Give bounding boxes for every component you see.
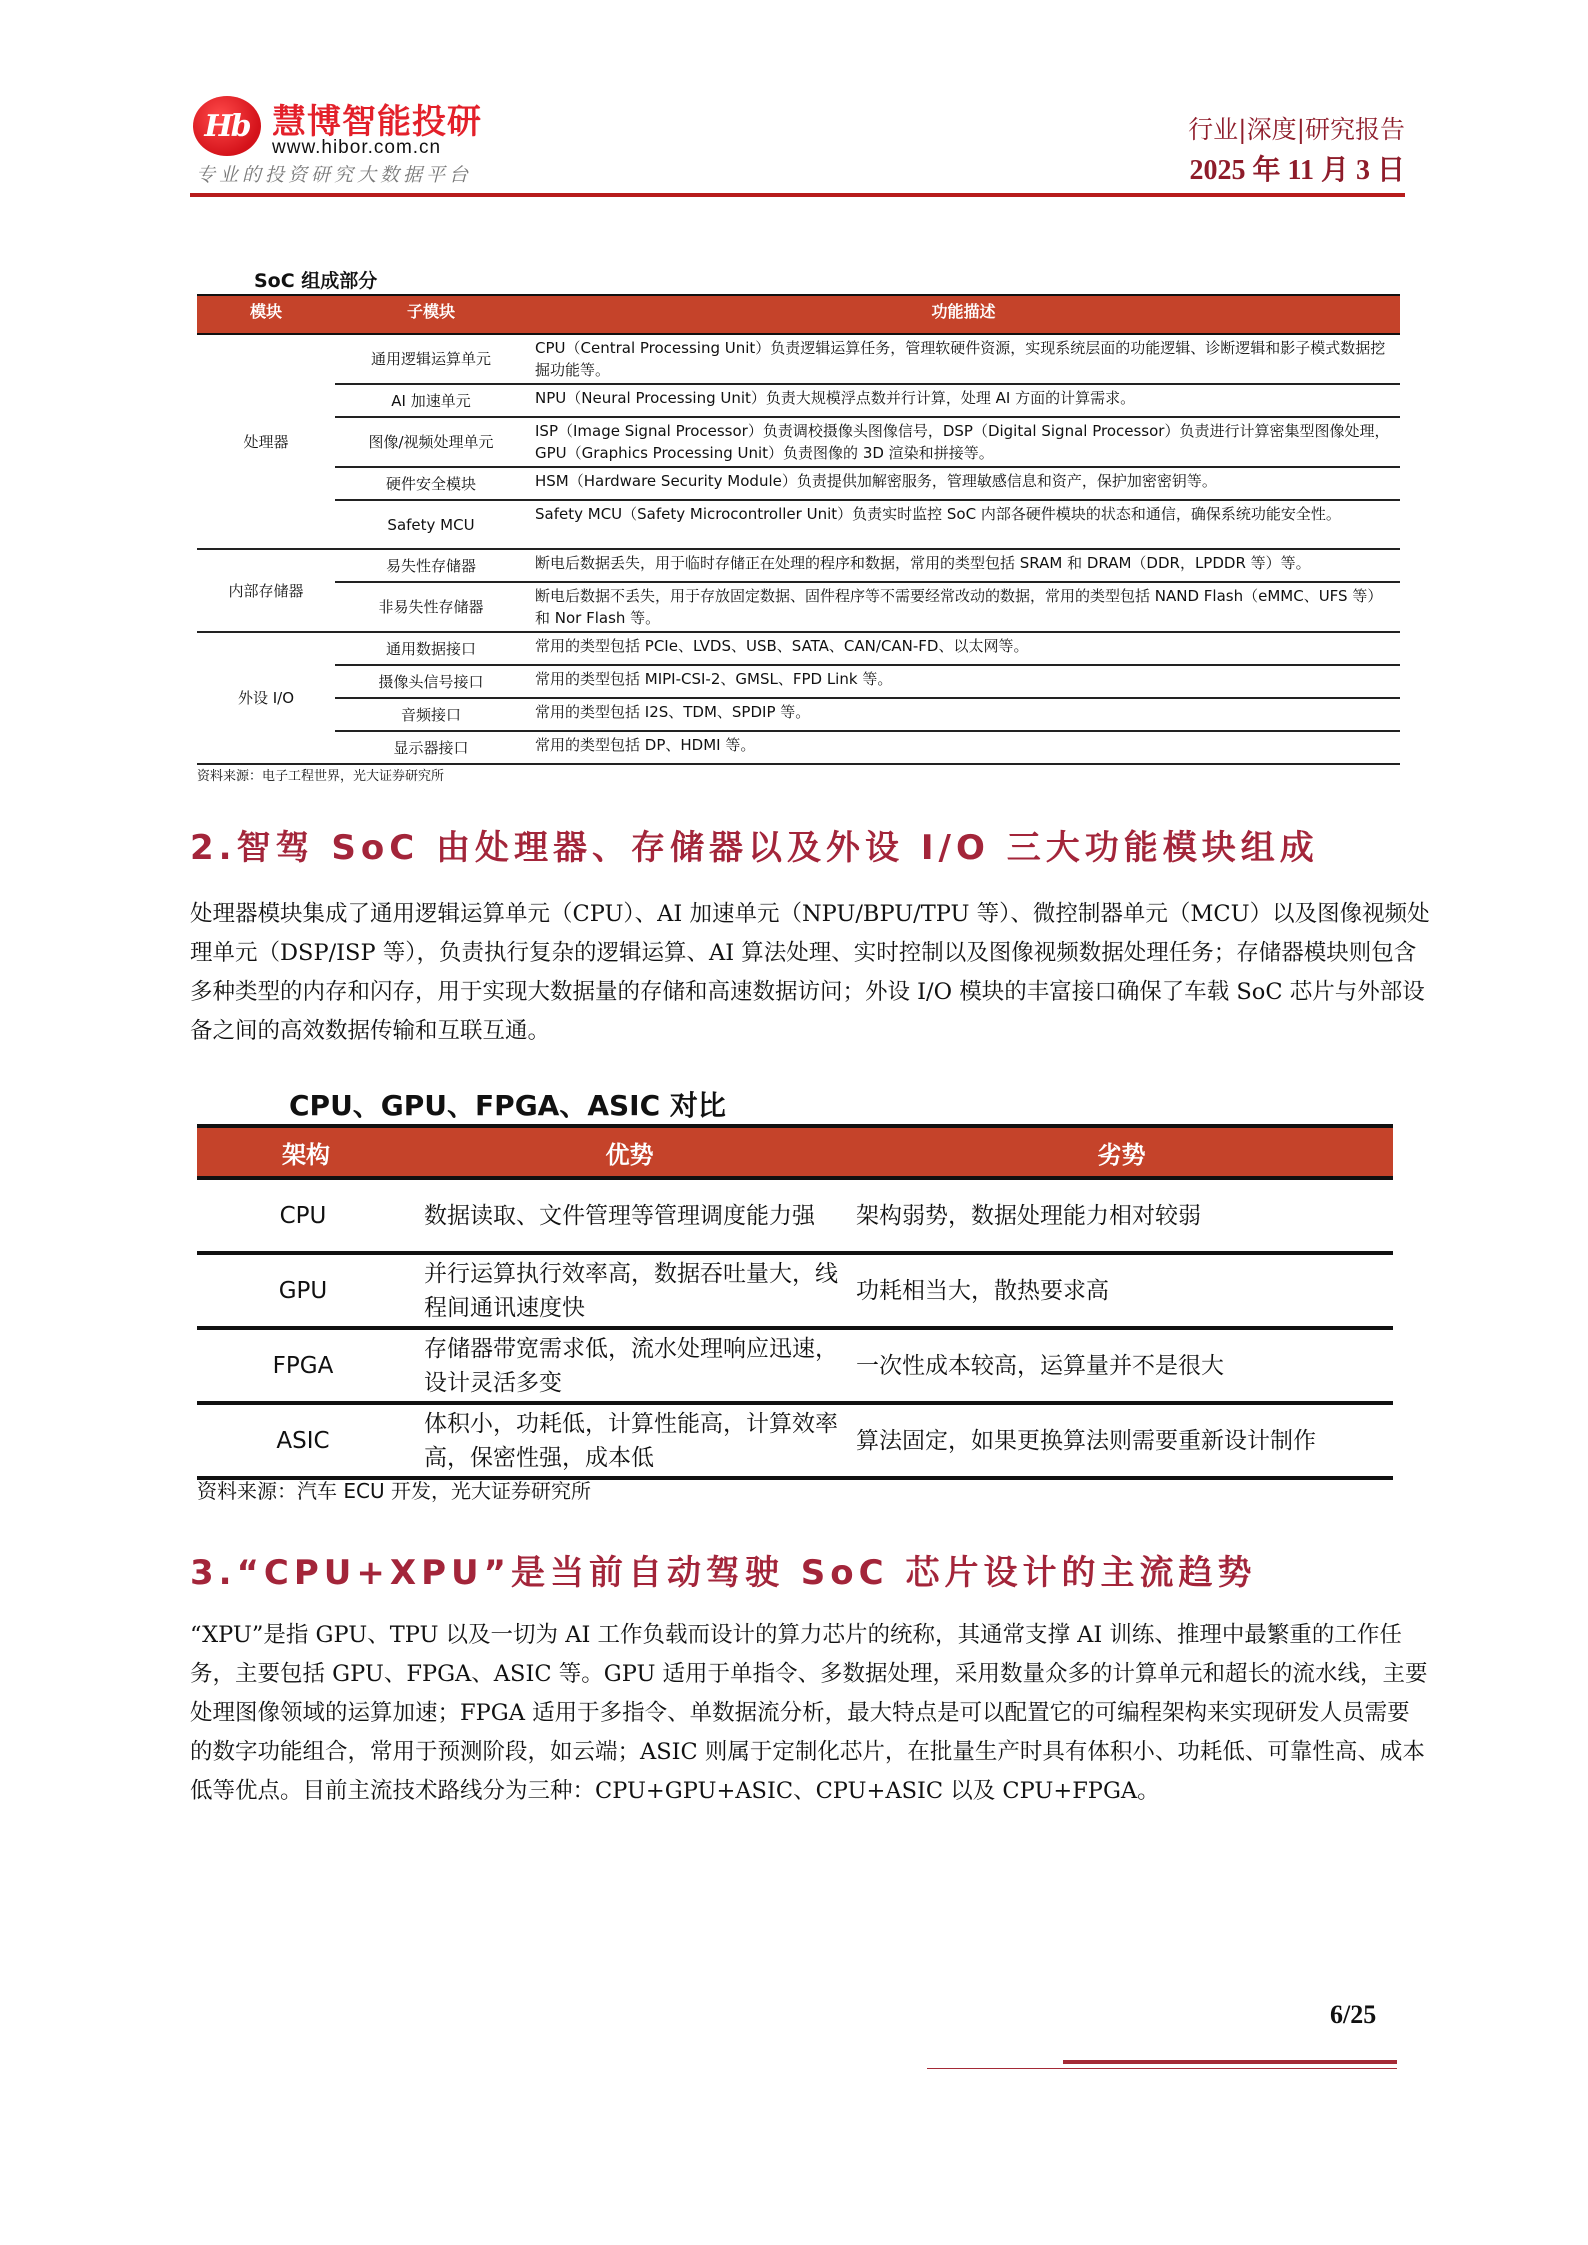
disadvantages-cell: 架构弱势，数据处理能力相对较弱 <box>850 1178 1393 1253</box>
table-row: 音频接口 常用的类型包括 I2S、TDM、SPDIP 等。 <box>197 698 1400 731</box>
table-row: 外设 I/O 通用数据接口 常用的类型包括 PCIe、LVDS、USB、SATA… <box>197 632 1400 665</box>
page-header: Hb 慧博智能投研 www.hibor.com.cn 专业的投资研究大数据平台 … <box>190 90 1405 195</box>
description-cell: Safety MCU（Safety Microcontroller Unit）负… <box>527 500 1400 549</box>
table-row: 内部存储器 易失性存储器 断电后数据丢失，用于临时存储正在处理的程序和数据，常用… <box>197 549 1400 582</box>
submodule-cell: 摄像头信号接口 <box>335 665 527 698</box>
hibor-logo-icon: Hb <box>193 96 261 156</box>
section2-heading: 2.智驾 SoC 由处理器、存储器以及外设 I/O 三大功能模块组成 <box>190 820 1319 869</box>
table2-title: CPU、GPU、FPGA、ASIC 对比 <box>289 1084 726 1124</box>
table-row: GPU 并行运算执行效率高，数据吞吐量大，线程间通讯速度快 功耗相当大，散热要求… <box>197 1253 1393 1328</box>
description-cell: 常用的类型包括 PCIe、LVDS、USB、SATA、CAN/CAN-FD、以太… <box>527 632 1400 665</box>
table2-source: 资料来源：汽车 ECU 开发，光大证券研究所 <box>197 1475 591 1504</box>
description-cell: 断电后数据不丢失，用于存放固定数据、固件程序等不需要经常改动的数据，常用的类型包… <box>527 582 1400 632</box>
architecture-cell: GPU <box>197 1253 409 1328</box>
architecture-cell: FPGA <box>197 1328 409 1403</box>
page-number: 6/25 <box>1330 2000 1376 2030</box>
table-row: FPGA 存储器带宽需求低，流水处理响应迅速，设计灵活多变 一次性成本较高，运算… <box>197 1328 1393 1403</box>
col-header-advantages: 优势 <box>409 1126 850 1178</box>
logo-slogan: 专业的投资研究大数据平台 <box>196 160 472 187</box>
col-header-module: 模块 <box>197 295 335 334</box>
module-cell: 外设 I/O <box>197 632 335 764</box>
submodule-cell: 图像/视频处理单元 <box>335 417 527 467</box>
table-row: 图像/视频处理单元 ISP（Image Signal Processor）负责调… <box>197 417 1400 467</box>
table1-title: SoC 组成部分 <box>254 266 377 293</box>
table-row: 非易失性存储器 断电后数据不丢失，用于存放固定数据、固件程序等不需要经常改动的数… <box>197 582 1400 632</box>
logo-url: www.hibor.com.cn <box>272 137 441 159</box>
submodule-cell: 易失性存储器 <box>335 549 527 582</box>
table-header-row: 模块 子模块 功能描述 <box>197 295 1400 334</box>
table-row: CPU 数据读取、文件管理等管理调度能力强 架构弱势，数据处理能力相对较弱 <box>197 1178 1393 1253</box>
table-row: 摄像头信号接口 常用的类型包括 MIPI-CSI-2、GMSL、FPD Link… <box>197 665 1400 698</box>
description-cell: 常用的类型包括 I2S、TDM、SPDIP 等。 <box>527 698 1400 731</box>
submodule-cell: 音频接口 <box>335 698 527 731</box>
advantages-cell: 并行运算执行效率高，数据吞吐量大，线程间通讯速度快 <box>409 1253 850 1328</box>
report-type: 行业|深度|研究报告 <box>1188 110 1405 146</box>
submodule-cell: 硬件安全模块 <box>335 467 527 500</box>
table1-source: 资料来源：电子工程世界，光大证券研究所 <box>197 765 444 784</box>
advantages-cell: 存储器带宽需求低，流水处理响应迅速，设计灵活多变 <box>409 1328 850 1403</box>
table-row: AI 加速单元 NPU（Neural Processing Unit）负责大规模… <box>197 384 1400 417</box>
submodule-cell: AI 加速单元 <box>335 384 527 417</box>
description-cell: 常用的类型包括 DP、HDMI 等。 <box>527 731 1400 764</box>
table-row: ASIC 体积小，功耗低，计算性能高，计算效率高，保密性强，成本低 算法固定，如… <box>197 1403 1393 1478</box>
col-header-disadvantages: 劣势 <box>850 1126 1393 1178</box>
header-divider <box>190 193 1405 197</box>
processor-comparison-table: 架构 优势 劣势 CPU 数据读取、文件管理等管理调度能力强 架构弱势，数据处理… <box>197 1124 1393 1480</box>
logo: Hb 慧博智能投研 www.hibor.com.cn 专业的投资研究大数据平台 <box>190 90 610 190</box>
submodule-cell: 非易失性存储器 <box>335 582 527 632</box>
advantages-cell: 数据读取、文件管理等管理调度能力强 <box>409 1178 850 1253</box>
submodule-cell: 通用逻辑运算单元 <box>335 334 527 384</box>
disadvantages-cell: 功耗相当大，散热要求高 <box>850 1253 1393 1328</box>
footer-bar <box>1063 2060 1397 2064</box>
architecture-cell: CPU <box>197 1178 409 1253</box>
submodule-cell: Safety MCU <box>335 500 527 549</box>
advantages-cell: 体积小，功耗低，计算性能高，计算效率高，保密性强，成本低 <box>409 1403 850 1478</box>
disadvantages-cell: 算法固定，如果更换算法则需要重新设计制作 <box>850 1403 1393 1478</box>
description-cell: 断电后数据丢失，用于临时存储正在处理的程序和数据，常用的类型包括 SRAM 和 … <box>527 549 1400 582</box>
section3-paragraph: “XPU”是指 GPU、TPU 以及一切为 AI 工作负载而设计的算力芯片的统称… <box>190 1616 1430 1811</box>
soc-components-table: 模块 子模块 功能描述 处理器 通用逻辑运算单元 CPU（Central Pro… <box>197 294 1400 765</box>
report-date: 2025 年 11 月 3 日 <box>1190 148 1405 188</box>
architecture-cell: ASIC <box>197 1403 409 1478</box>
footer-divider <box>927 2068 1397 2069</box>
module-cell: 处理器 <box>197 334 335 549</box>
description-cell: ISP（Image Signal Processor）负责调校摄像头图像信号，D… <box>527 417 1400 467</box>
col-header-submodule: 子模块 <box>335 295 527 334</box>
logo-name: 慧博智能投研 <box>272 94 482 143</box>
disadvantages-cell: 一次性成本较高，运算量并不是很大 <box>850 1328 1393 1403</box>
col-header-architecture: 架构 <box>197 1126 409 1178</box>
description-cell: HSM（Hardware Security Module）负责提供加解密服务，管… <box>527 467 1400 500</box>
section2-paragraph: 处理器模块集成了通用逻辑运算单元（CPU）、AI 加速单元（NPU/BPU/TP… <box>190 895 1430 1051</box>
col-header-description: 功能描述 <box>527 295 1400 334</box>
description-cell: 常用的类型包括 MIPI-CSI-2、GMSL、FPD Link 等。 <box>527 665 1400 698</box>
module-cell: 内部存储器 <box>197 549 335 632</box>
description-cell: NPU（Neural Processing Unit）负责大规模浮点数并行计算，… <box>527 384 1400 417</box>
table-row: 显示器接口 常用的类型包括 DP、HDMI 等。 <box>197 731 1400 764</box>
section3-heading: 3.“CPU+XPU”是当前自动驾驶 SoC 芯片设计的主流趋势 <box>190 1545 1256 1594</box>
submodule-cell: 通用数据接口 <box>335 632 527 665</box>
submodule-cell: 显示器接口 <box>335 731 527 764</box>
table-header-row: 架构 优势 劣势 <box>197 1126 1393 1178</box>
description-cell: CPU（Central Processing Unit）负责逻辑运算任务，管理软… <box>527 334 1400 384</box>
table-row: Safety MCU Safety MCU（Safety Microcontro… <box>197 500 1400 549</box>
table-row: 硬件安全模块 HSM（Hardware Security Module）负责提供… <box>197 467 1400 500</box>
table-row: 处理器 通用逻辑运算单元 CPU（Central Processing Unit… <box>197 334 1400 384</box>
